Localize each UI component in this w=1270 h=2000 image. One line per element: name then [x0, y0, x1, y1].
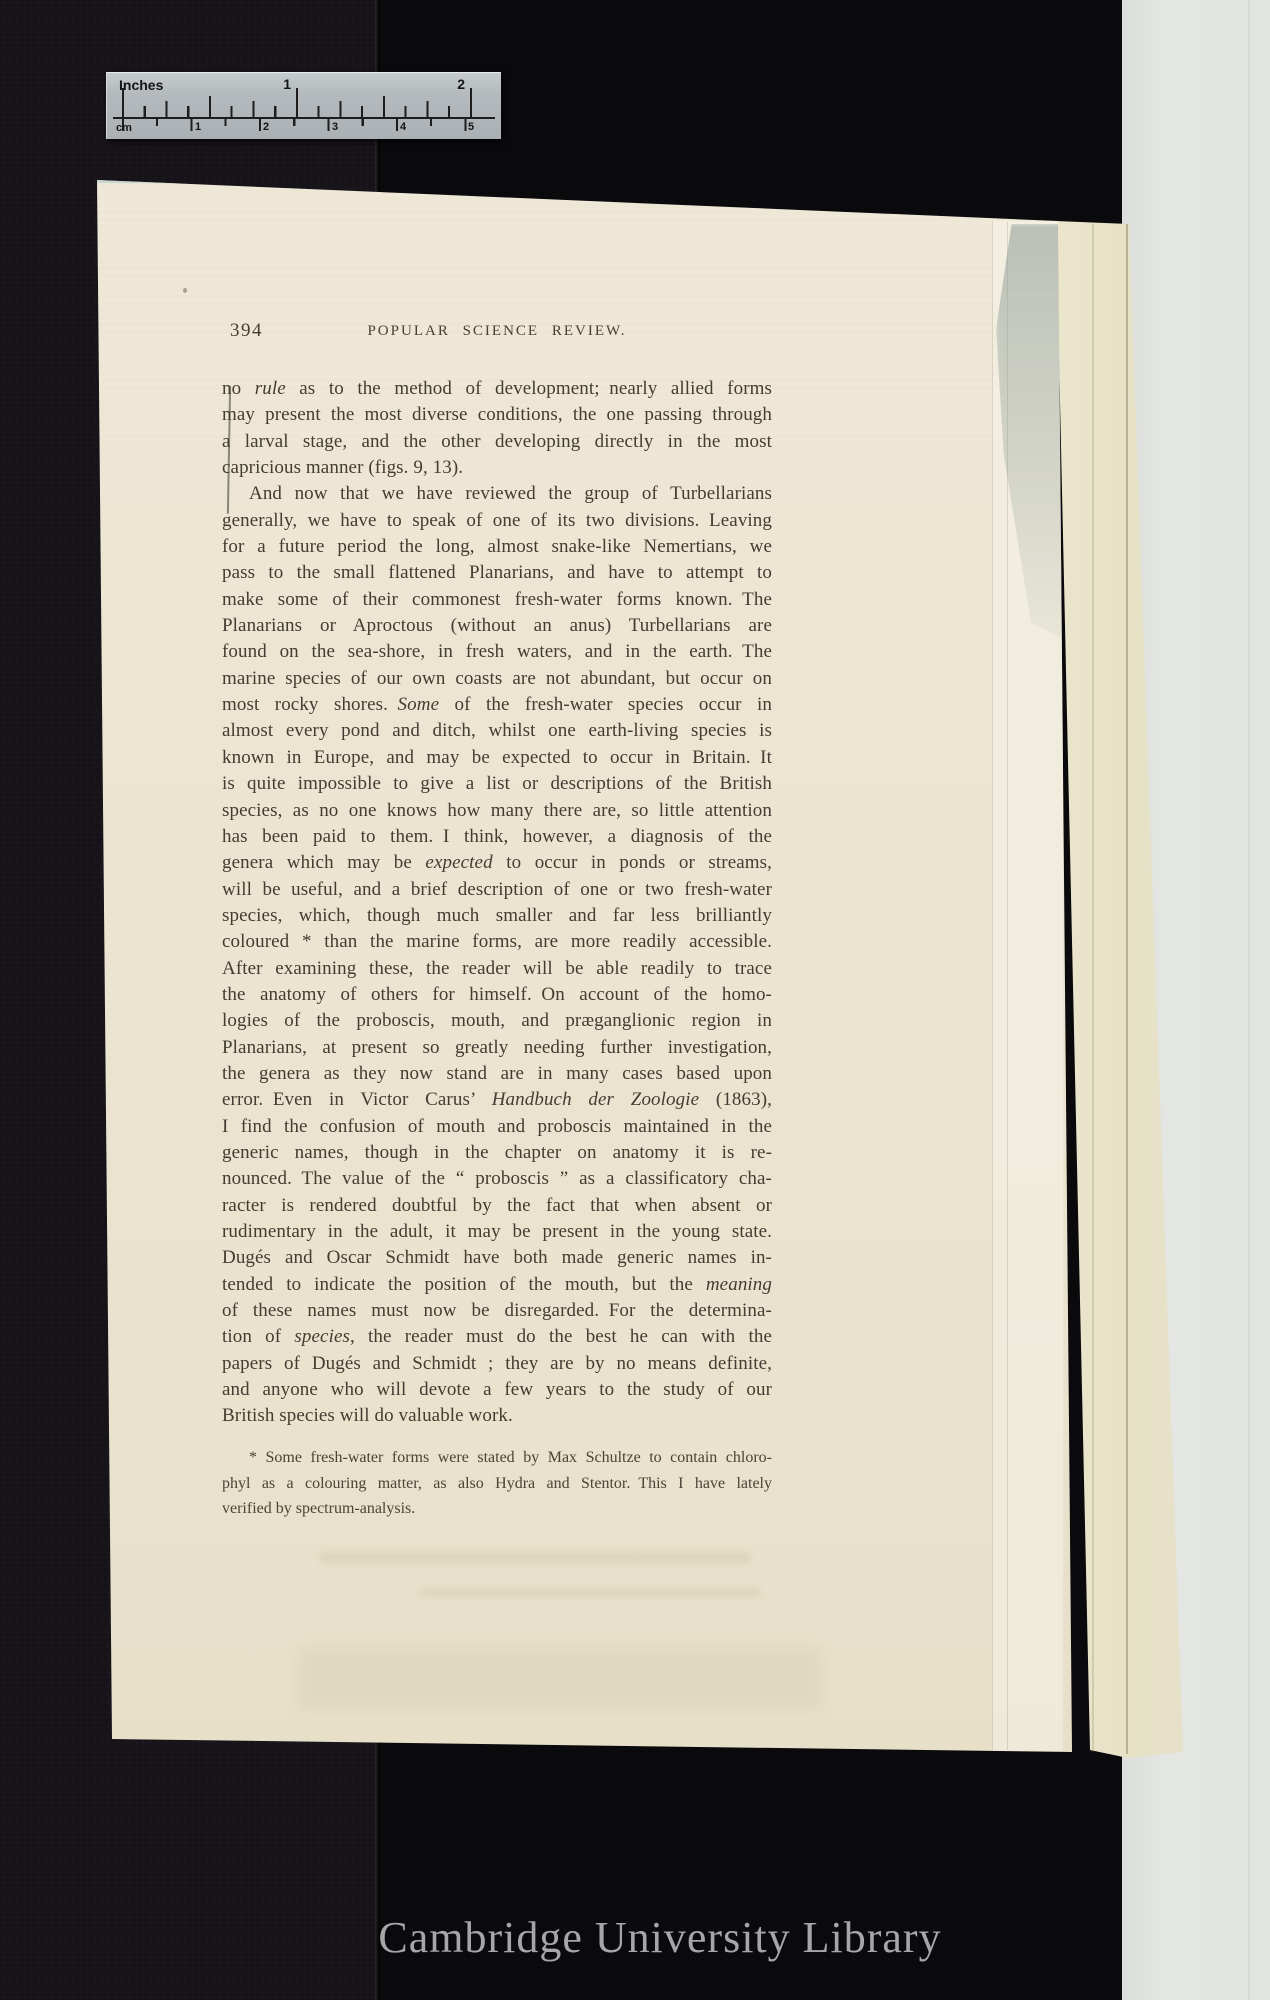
text-line: And now that we have reviewed the group …	[222, 481, 772, 507]
ruler-cm-number: 2	[263, 121, 275, 133]
text-line: marine species of our own coasts are not…	[222, 666, 772, 692]
text-line: a larval stage, and the other developing…	[222, 429, 772, 455]
text-line: no rule as to the method of development;…	[222, 376, 772, 402]
text-line: almost every pond and ditch, whilst one …	[222, 718, 772, 744]
text-line: will be useful, and a brief description …	[222, 877, 772, 903]
text-line: is quite impossible to give a list or de…	[222, 771, 772, 797]
text-line: I find the confusion of mouth and probos…	[222, 1114, 772, 1140]
text-line: coloured * than the marine forms, are mo…	[222, 929, 772, 955]
text-line: make some of their commonest fresh-water…	[222, 587, 772, 613]
ruler-inch-number: 1	[277, 76, 291, 92]
body-text: no rule as to the method of development;…	[222, 376, 772, 1430]
text-line: most rocky shores. Some of the fresh-wat…	[222, 692, 772, 718]
text-line: racter is rendered doubtful by the fact …	[222, 1193, 772, 1219]
text-line: generic names, though in the chapter on …	[222, 1140, 772, 1166]
text-line: Dugés and Oscar Schmidt have both made g…	[222, 1245, 772, 1271]
ruler-cm-number: 3	[332, 121, 344, 133]
text-line: British species will do valuable work.	[222, 1403, 772, 1429]
show-through-mark	[420, 1588, 760, 1597]
text-line: found on the sea-shore, in fresh waters,…	[222, 639, 772, 665]
text-line: Planarians or Aproctous (without an anus…	[222, 613, 772, 639]
text-line: Planarians, at present so greatly needin…	[222, 1035, 772, 1061]
text-line: rudimentary in the adult, it may be pres…	[222, 1219, 772, 1245]
footnote: * Some fresh-water forms were stated by …	[222, 1445, 772, 1522]
text-line: may present the most diverse conditions,…	[222, 402, 772, 428]
text-line: of these names must now be disregarded. …	[222, 1298, 772, 1324]
guard-crease	[1092, 224, 1094, 1752]
show-through-mark	[300, 1648, 820, 1708]
text-line: pass to the small flattened Planarians, …	[222, 560, 772, 586]
text-line: for a future period the long, almost sna…	[222, 534, 772, 560]
measurement-ruler: Inches cm 1 2 1 2 3 4 5	[106, 72, 501, 139]
text-line: generally, we have to speak of one of it…	[222, 508, 772, 534]
text-line: the genera as they now stand are in many…	[222, 1061, 772, 1087]
ruler-cm-number: 5	[468, 121, 480, 133]
text-line: capricious manner (figs. 9, 13).	[222, 455, 772, 481]
ruler-inch-ticks	[122, 88, 476, 117]
text-line: and anyone who will devote a few years t…	[222, 1377, 772, 1403]
text-line: logies of the proboscis, mouth, and præg…	[222, 1008, 772, 1034]
ruler-half-cm-ticks	[122, 119, 468, 126]
text-line: nounced. The value of the “ proboscis ” …	[222, 1166, 772, 1192]
text-line: genera which may be expected to occur in…	[222, 850, 772, 876]
paper-speck	[183, 288, 187, 293]
text-line: the anatomy of others for himself. On ac…	[222, 982, 772, 1008]
text-line: known in Europe, and may be expected to …	[222, 745, 772, 771]
text-line: * Some fresh-water forms were stated by …	[222, 1445, 772, 1471]
backdrop-crease	[1248, 0, 1250, 2000]
text-line: error. Even in Victor Carus’ Handbuch de…	[222, 1087, 772, 1113]
text-line: species, which, though much smaller and …	[222, 903, 772, 929]
scanned-page-photograph: 394 POPULAR SCIENCE REVIEW. no rule as t…	[0, 0, 1270, 2000]
text-line: tion of species, the reader must do the …	[222, 1324, 772, 1350]
guard-fold-edge	[1126, 224, 1128, 1754]
text-line: papers of Dugés and Schmidt ; they are b…	[222, 1351, 772, 1377]
text-line: has been paid to them. I think, however,…	[222, 824, 772, 850]
ruler-inch-number: 2	[451, 76, 465, 92]
running-head-journal-title: POPULAR SCIENCE REVIEW.	[222, 323, 772, 340]
text-line: phyl as a colouring matter, as also Hydr…	[222, 1471, 772, 1497]
text-line: species, as no one knows how many there …	[222, 798, 772, 824]
text-line: verified by spectrum-analysis.	[222, 1496, 772, 1522]
ruler-cm-label: cm	[116, 122, 132, 134]
ruler-cm-number: 1	[195, 121, 207, 133]
ruler-cm-number: 4	[400, 121, 412, 133]
text-line: After examining these, the reader will b…	[222, 956, 772, 982]
ruler-inches-label: Inches	[119, 77, 163, 93]
library-watermark: Cambridge University Library	[0, 1912, 1270, 1963]
show-through-mark	[320, 1552, 750, 1563]
text-line: tended to indicate the position of the m…	[222, 1272, 772, 1298]
